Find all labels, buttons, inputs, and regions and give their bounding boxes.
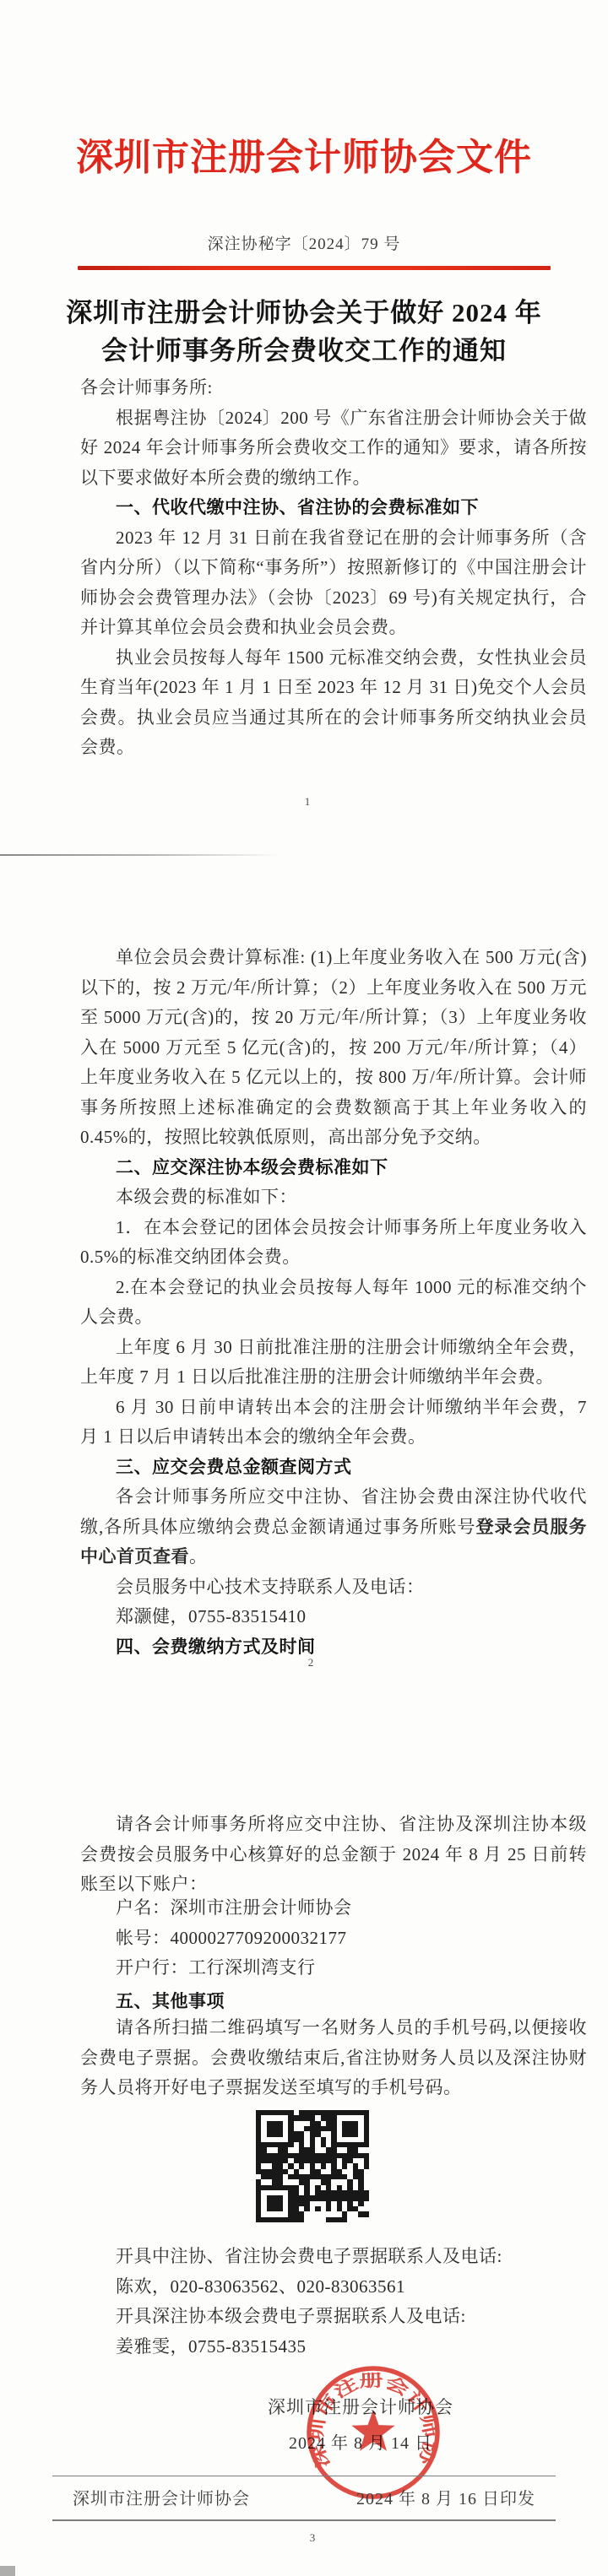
unit-fee-paragraph: 单位会员会费计算标准: (1)上年度业务收入在 500 万元(含)以下的，按 2…: [80, 943, 587, 1153]
letterhead-title: 深圳市注册会计师协会文件: [0, 127, 608, 181]
scan-edge-artifact: [0, 2566, 15, 2576]
page-scan-divider: [0, 854, 279, 856]
cicpa-invoice-contact-label: 开具中注协、省注协会费电子票据联系人及电话:: [80, 2242, 587, 2272]
footer-divider-top: [52, 2476, 556, 2476]
account-name: 户名：深圳市注册会计师协会: [80, 1893, 587, 1924]
official-seal: 深圳市注册会计师协会: [301, 2361, 445, 2504]
official-document: 深圳市注册会计师协会文件 深注协秘字〔2024〕79 号 深圳市注册会计师协会关…: [0, 0, 608, 2576]
support-contact-label: 会员服务中心技术支持联系人及电话：: [80, 1572, 587, 1603]
query-paragraph: 各会计师事务所应交中注协、省注协会费由深注协代收代缴,各所具体应缴纳会费总金额请…: [80, 1482, 587, 1572]
section2-heading: 二、应交深注协本级会费标准如下: [80, 1153, 587, 1183]
seal-star-icon: [351, 2410, 394, 2451]
szicpa-invoice-contact-label: 开具深注协本级会费电子票据联系人及电话:: [80, 2302, 587, 2332]
account-number: 帐号：4000027709200032177: [80, 1924, 587, 1954]
section4-heading: 四、会费缴纳方式及时间: [80, 1632, 587, 1663]
document-title-line1: 深圳市注册会计师协会关于做好 2024 年: [0, 294, 608, 332]
page-number-3: 3: [296, 2531, 329, 2545]
support-contact-info: 郑灏健，0755-83515410: [80, 1602, 587, 1632]
query-period: 。: [189, 1546, 208, 1567]
document-title-line2: 会计师事务所会费收交工作的通知: [0, 332, 608, 370]
document-number: 深注协秘字〔2024〕79 号: [0, 231, 608, 254]
payment-paragraph-block: 请各会计师事务所将应交中注协、省注协及深圳注协本级会费按会员服务中心核算好的总金…: [80, 1810, 587, 1900]
registration-paragraph: 2023 年 12 月 31 日前在我省登记在册的会计师事务所（含省内分所）（以…: [80, 523, 587, 643]
page1-body: 各会计师事务所: 根据粤注协〔2024〕200 号《广东省注册会计师协会关于做好…: [80, 373, 587, 763]
page-number-1: 1: [290, 795, 324, 809]
payment-paragraph: 请各会计师事务所将应交中注协、省注协及深圳注协本级会费按会员服务中心核算好的总金…: [80, 1810, 587, 1900]
full-half-year-paragraph: 上年度 6 月 30 日前批准注册的注册会计师缴纳全年会费，上年度 7 月 1 …: [80, 1333, 587, 1393]
footer: 深圳市注册会计师协会 2024 年 8 月 16 日印发: [52, 2485, 556, 2509]
qr-instruction-block: 请各所扫描二维码填写一名财务人员的手机号码,以便接收会费电子票据。会费收缴结束后…: [80, 2013, 587, 2103]
salutation: 各会计师事务所:: [80, 373, 587, 403]
item1-paragraph: 1．在本会登记的团体会员按会计师事务所上年度业务收入 0.5%的标准交纳团体会费…: [80, 1213, 587, 1273]
footer-divider-bottom: [52, 2519, 556, 2521]
footer-print-date: 2024 年 8 月 16 日印发: [356, 2485, 535, 2509]
transfer-paragraph: 6 月 30 日前申请转出本会的注册会计师缴纳半年会费，7 月 1 日以后申请转…: [80, 1393, 587, 1453]
invoice-contacts-block: 开具中注协、省注协会费电子票据联系人及电话: 陈欢，020-83063562、0…: [80, 2242, 587, 2362]
szicpa-invoice-contact-info: 姜雅雯，0755-83515435: [80, 2332, 587, 2362]
page2-body: 单位会员会费计算标准: (1)上年度业务收入在 500 万元(含)以下的，按 2…: [80, 943, 587, 1662]
footer-organization: 深圳市注册会计师协会: [73, 2485, 250, 2509]
qr-code: [256, 2110, 369, 2222]
section1-heading: 一、代收代缴中注协、省注协的会费标准如下: [80, 493, 587, 523]
page-number-2: 2: [294, 1656, 328, 1670]
member-fee-paragraph: 执业会员按每人每年 1500 元标准交纳会费，女性执业会员生育当年(2023 年…: [80, 643, 587, 763]
letterhead-divider: [78, 266, 551, 270]
intro-paragraph: 根据粤注协〔2024〕200 号《广东省注册会计师协会关于做好 2024 年会计…: [80, 403, 587, 494]
cicpa-invoice-contact-info: 陈欢，020-83063562、020-83063561: [80, 2272, 587, 2303]
item2-paragraph: 2.在本会登记的执业会员按每人每年 1000 元的标准交纳个人会费。: [80, 1273, 587, 1333]
account-bank: 开户行：工行深圳湾支行: [80, 1953, 587, 1983]
document-title: 深圳市注册会计师协会关于做好 2024 年 会计师事务所会费收交工作的通知: [0, 294, 608, 370]
level-intro-paragraph: 本级会费的标准如下：: [80, 1182, 587, 1213]
section3-heading: 三、应交会费总金额查阅方式: [80, 1453, 587, 1483]
qr-instruction-paragraph: 请各所扫描二维码填写一名财务人员的手机号码,以便接收会费电子票据。会费收缴结束后…: [80, 2013, 587, 2103]
bank-account-block: 户名：深圳市注册会计师协会 帐号：4000027709200032177 开户行…: [80, 1893, 587, 1983]
